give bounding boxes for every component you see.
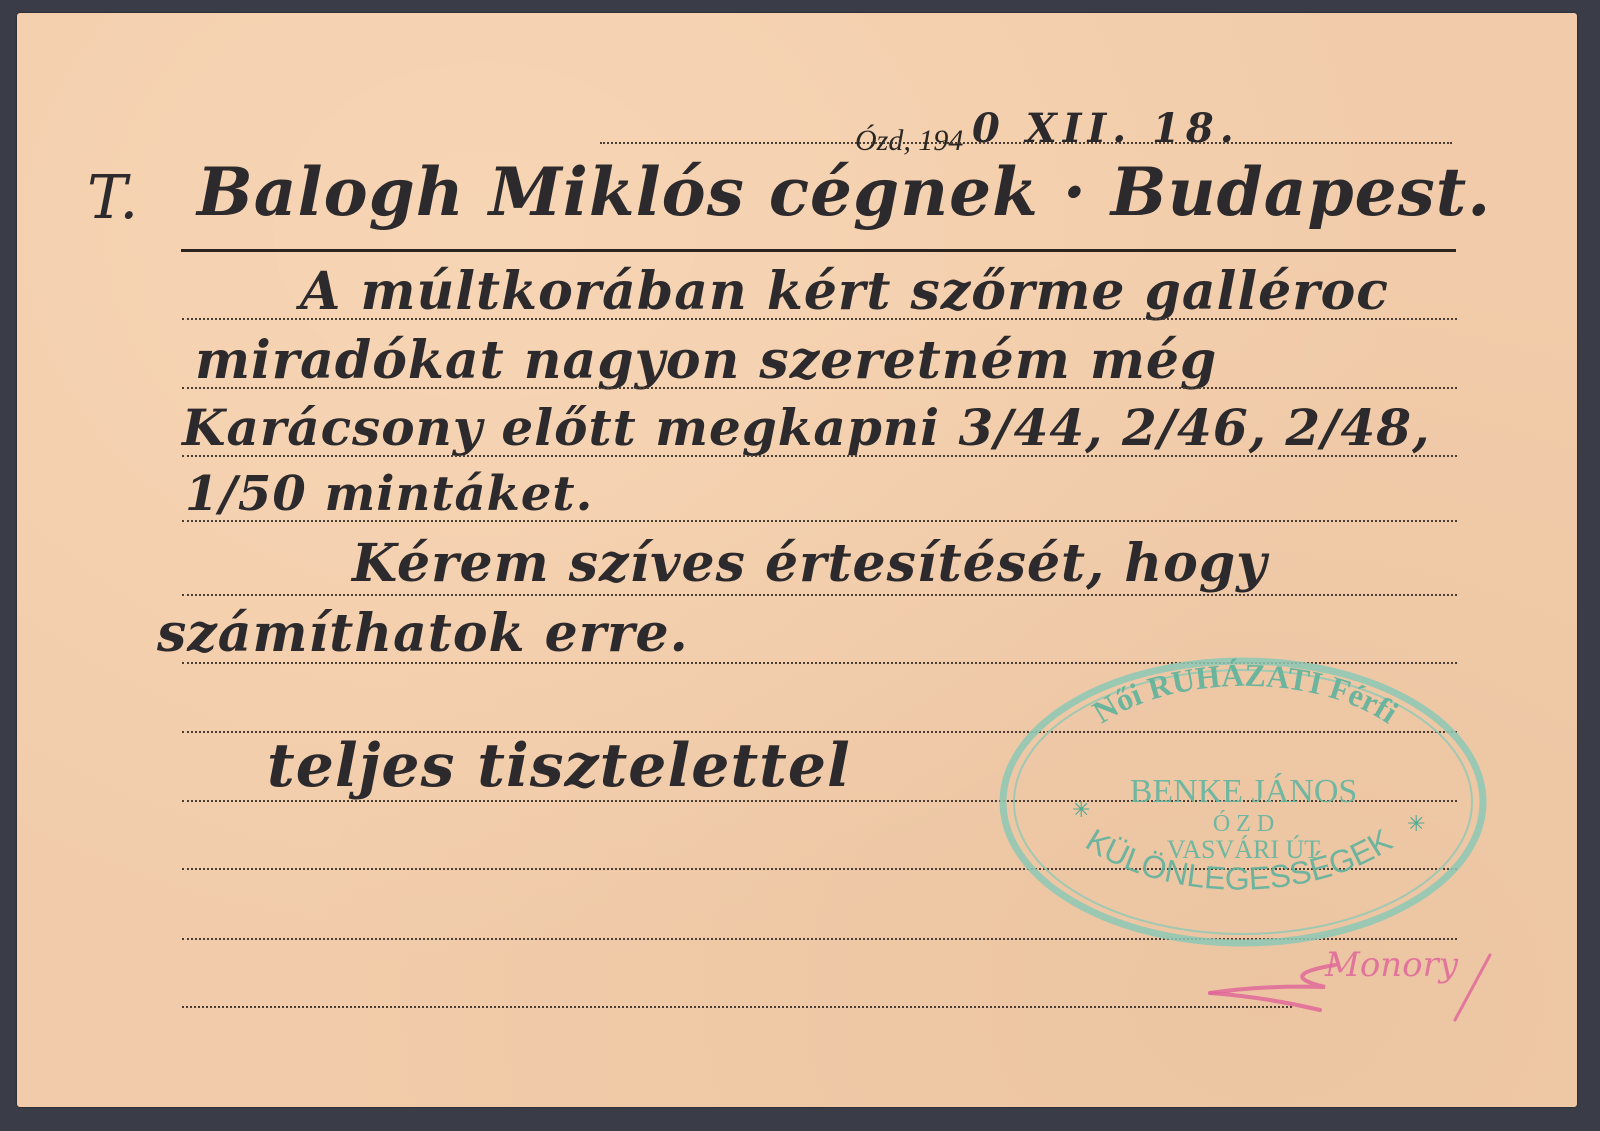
pencil-signature: Monory bbox=[1325, 945, 1458, 985]
body-line-4: 1/50 mintáket. bbox=[185, 466, 593, 522]
dotted-line-1 bbox=[182, 318, 1457, 320]
closing-line: teljes tisztelettel bbox=[267, 731, 851, 801]
dotted-line-2 bbox=[182, 387, 1457, 389]
recipient-prefix: T. bbox=[87, 163, 139, 233]
body-line-6: számíthatok erre. bbox=[157, 603, 689, 664]
handwritten-date: 0 XII. 18. bbox=[972, 105, 1240, 152]
body-line-3: Karácsony előtt megkapni 3/44, 2/46, 2/4… bbox=[182, 398, 1430, 457]
stamp-top-arc-text: Női RUHÁZATI Férfi bbox=[1086, 657, 1405, 731]
pencil-notation: Monory bbox=[1205, 945, 1505, 1025]
dotted-line-3 bbox=[182, 455, 1457, 457]
dotted-line-4 bbox=[182, 520, 1457, 522]
body-line-5: Kérem szíves értesítését, hogy bbox=[352, 533, 1267, 594]
dotted-line-5 bbox=[182, 594, 1457, 596]
stamp-star-right-icon: ✳ bbox=[1407, 812, 1425, 837]
svg-text:Női RUHÁZATI Férfi: Női RUHÁZATI Férfi bbox=[1086, 657, 1405, 731]
body-line-1: A múltkorában kért szőrme gallérос bbox=[300, 261, 1389, 322]
recipient-line: Balogh Miklós cégnek · Budapest. bbox=[197, 153, 1491, 231]
stamp-name: BENKE JÁNOS bbox=[997, 773, 1490, 811]
date-dotted-line bbox=[600, 142, 1452, 144]
stamp-street: VASVÁRI ÚT bbox=[997, 835, 1490, 865]
dotted-line-11 bbox=[182, 1006, 1292, 1008]
stamp-star-left-icon: ✳ bbox=[1072, 798, 1090, 823]
recipient-underline bbox=[181, 249, 1456, 252]
body-line-2: miradókat nagyon szeretném még bbox=[195, 330, 1217, 391]
company-rubber-stamp: Női RUHÁZATI Férfi KÜLÖNLEGESSÉGEK BENKE… bbox=[997, 655, 1490, 950]
